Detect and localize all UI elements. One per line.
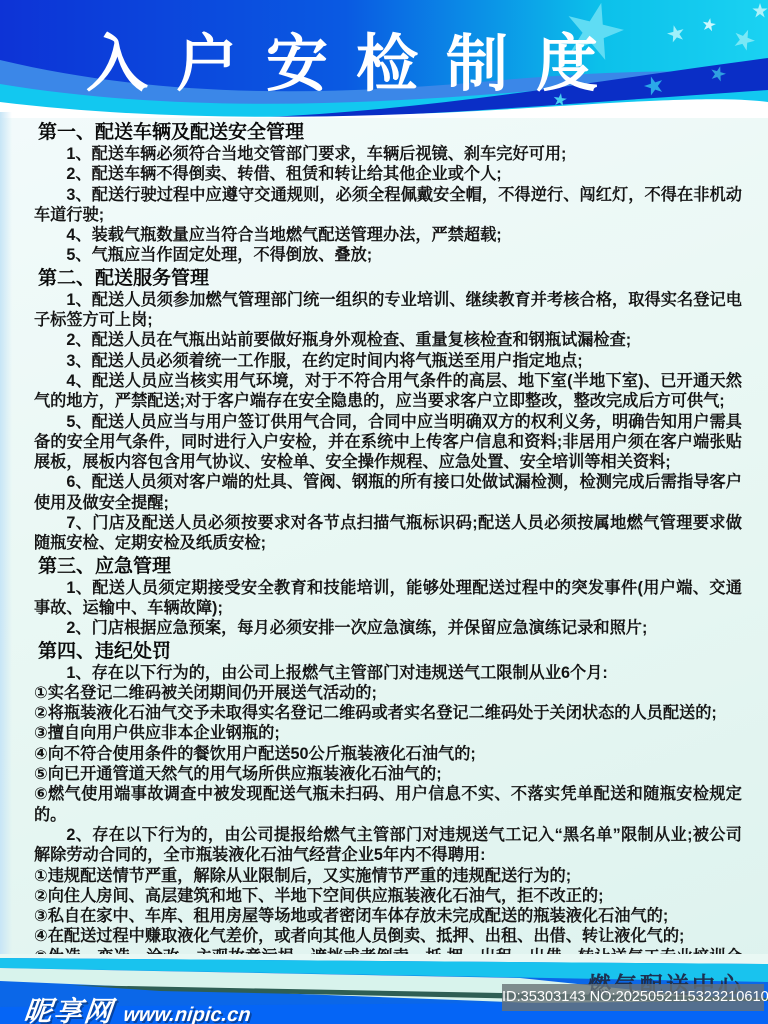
rule-item: 5、气瓶应当作固定处理，不得倒放、叠放; <box>34 245 742 265</box>
page-title: 入户安检制度 <box>86 14 626 103</box>
rule-item: 1、配送人员须参加燃气管理部门统一组织的专业培训、继续教育并考核合格，取得实名登… <box>34 290 742 331</box>
section-heading: 第三、应急管理 <box>38 556 742 578</box>
poster: 入户安检制度 第一、配送车辆及配送安全管理 1、配送车辆必须符合当地交管部门要求… <box>0 0 768 1024</box>
rule-item: 2、配送人员在气瓶出站前要做好瓶身外观检查、重量复核检查和钢瓶试漏检查; <box>34 330 742 350</box>
section-delivery-service: 第二、配送服务管理 1、配送人员须参加燃气管理部门统一组织的专业培训、继续教育并… <box>34 268 742 554</box>
section-heading: 第二、配送服务管理 <box>38 268 742 290</box>
site-name: 昵享网 <box>22 996 115 1024</box>
section-emergency: 第三、应急管理 1、配送人员须定期接受安全教育和技能培训，能够处理配送过程中的突… <box>34 556 742 639</box>
section-heading: 第四、违纪处罚 <box>38 641 742 663</box>
rule-item: 4、装载气瓶数量应当符合当地燃气配送管理办法，严禁超载; <box>34 225 742 245</box>
rule-item: ①违规配送情节严重，解除从业限制后，又实施情节严重的违规配送行为的; <box>34 866 742 886</box>
rule-item: ③私自在家中、车库、租用房屋等场地或者密闭车体存放未完成配送的瓶装液化石油气的; <box>34 906 742 926</box>
rule-item: ①实名登记二维码被关闭期间仍开展送气活动的; <box>34 683 742 703</box>
site-url: www.nipic.cn <box>122 1004 251 1024</box>
footer-banner: 燃气配送中心 ID:35303143 NO:202505211532321061… <box>0 954 768 1024</box>
rule-item: 1、配送车辆必须符合当地交管部门要求，车辆后视镜、刹车完好可用; <box>34 144 742 164</box>
section-vehicle-safety: 第一、配送车辆及配送安全管理 1、配送车辆必须符合当地交管部门要求，车辆后视镜、… <box>34 122 742 266</box>
rule-item: ③擅自向用户供应非本企业钢瓶的; <box>34 723 742 743</box>
rule-item: ④在配送过程中赚取液化气差价，或者向其他人员倒卖、抵押、出租、出借、转让液化气的… <box>34 926 742 946</box>
rule-item: 5、配送人员应当与用户签订供用气合同，合同中应当明确双方的权利义务，明确告知用户… <box>34 412 742 473</box>
id-watermark: ID:35303143 NO:20250521153232106101 <box>502 984 764 1011</box>
rule-item: 2、存在以下行为的，由公司提报给燃气主管部门对违规送气工记入“黑名单”限制从业;… <box>34 825 742 866</box>
rule-item: ⑥燃气使用端事故调查中被发现配送气瓶未扫码、用户信息不实、不落实凭单配送和随瓶安… <box>34 784 742 825</box>
rule-item: 7、门店及配送人员必须按要求对各节点扫描气瓶标识码;配送人员必须按属地燃气管理要… <box>34 513 742 554</box>
rule-item: 4、配送人员应当核实用气环境，对于不符合用气条件的高层、地下室(半地下室)、已开… <box>34 371 742 412</box>
rule-item: 2、门店根据应急预案，每月必须安排一次应急演练，并保留应急演练记录和照片; <box>34 618 742 638</box>
rule-item: ②向住人房间、高层建筑和地下、半地下空间供应瓶装液化石油气，拒不改正的; <box>34 886 742 906</box>
section-heading: 第一、配送车辆及配送安全管理 <box>38 122 742 144</box>
rule-item: 1、配送人员须定期接受安全教育和技能培训，能够处理配送过程中的突发事件(用户端、… <box>34 578 742 619</box>
rule-item: 3、配送人员必须着统一工作服，在约定时间内将气瓶送至用户指定地点; <box>34 351 742 371</box>
rule-item: 2、配送车辆不得倒卖、转借、租赁和转让给其他企业或个人; <box>34 164 742 184</box>
header-banner: 入户安检制度 <box>0 0 768 118</box>
section-penalties: 第四、违纪处罚 1、存在以下行为的，由公司上报燃气主管部门对违规送气工限制从业6… <box>34 641 742 956</box>
site-logo: 昵享网www.nipic.cn <box>22 990 253 1024</box>
rule-item: 1、存在以下行为的，由公司上报燃气主管部门对违规送气工限制从业6个月: <box>34 663 742 683</box>
rule-item: ④向不符合使用条件的餐饮用户配送50公斤瓶装液化石油气的; <box>34 744 742 764</box>
rule-item: ②将瓶装液化石油气交予未取得实名登记二维码或者实名登记二维码处于关闭状态的人员配… <box>34 703 742 723</box>
content: 第一、配送车辆及配送安全管理 1、配送车辆必须符合当地交管部门要求，车辆后视镜、… <box>0 116 768 956</box>
rule-item: ⑤向已开通管道天然气的用气场所供应瓶装液化石油气的; <box>34 764 742 784</box>
rule-item: 6、配送人员须对客户端的灶具、管阀、钢瓶的所有接口处做试漏检测，检测完成后需指导… <box>34 472 742 513</box>
rule-item: 3、配送行驶过程中应遵守交通规则，必须全程佩戴安全帽，不得逆行、闯红灯，不得在非… <box>34 185 742 226</box>
